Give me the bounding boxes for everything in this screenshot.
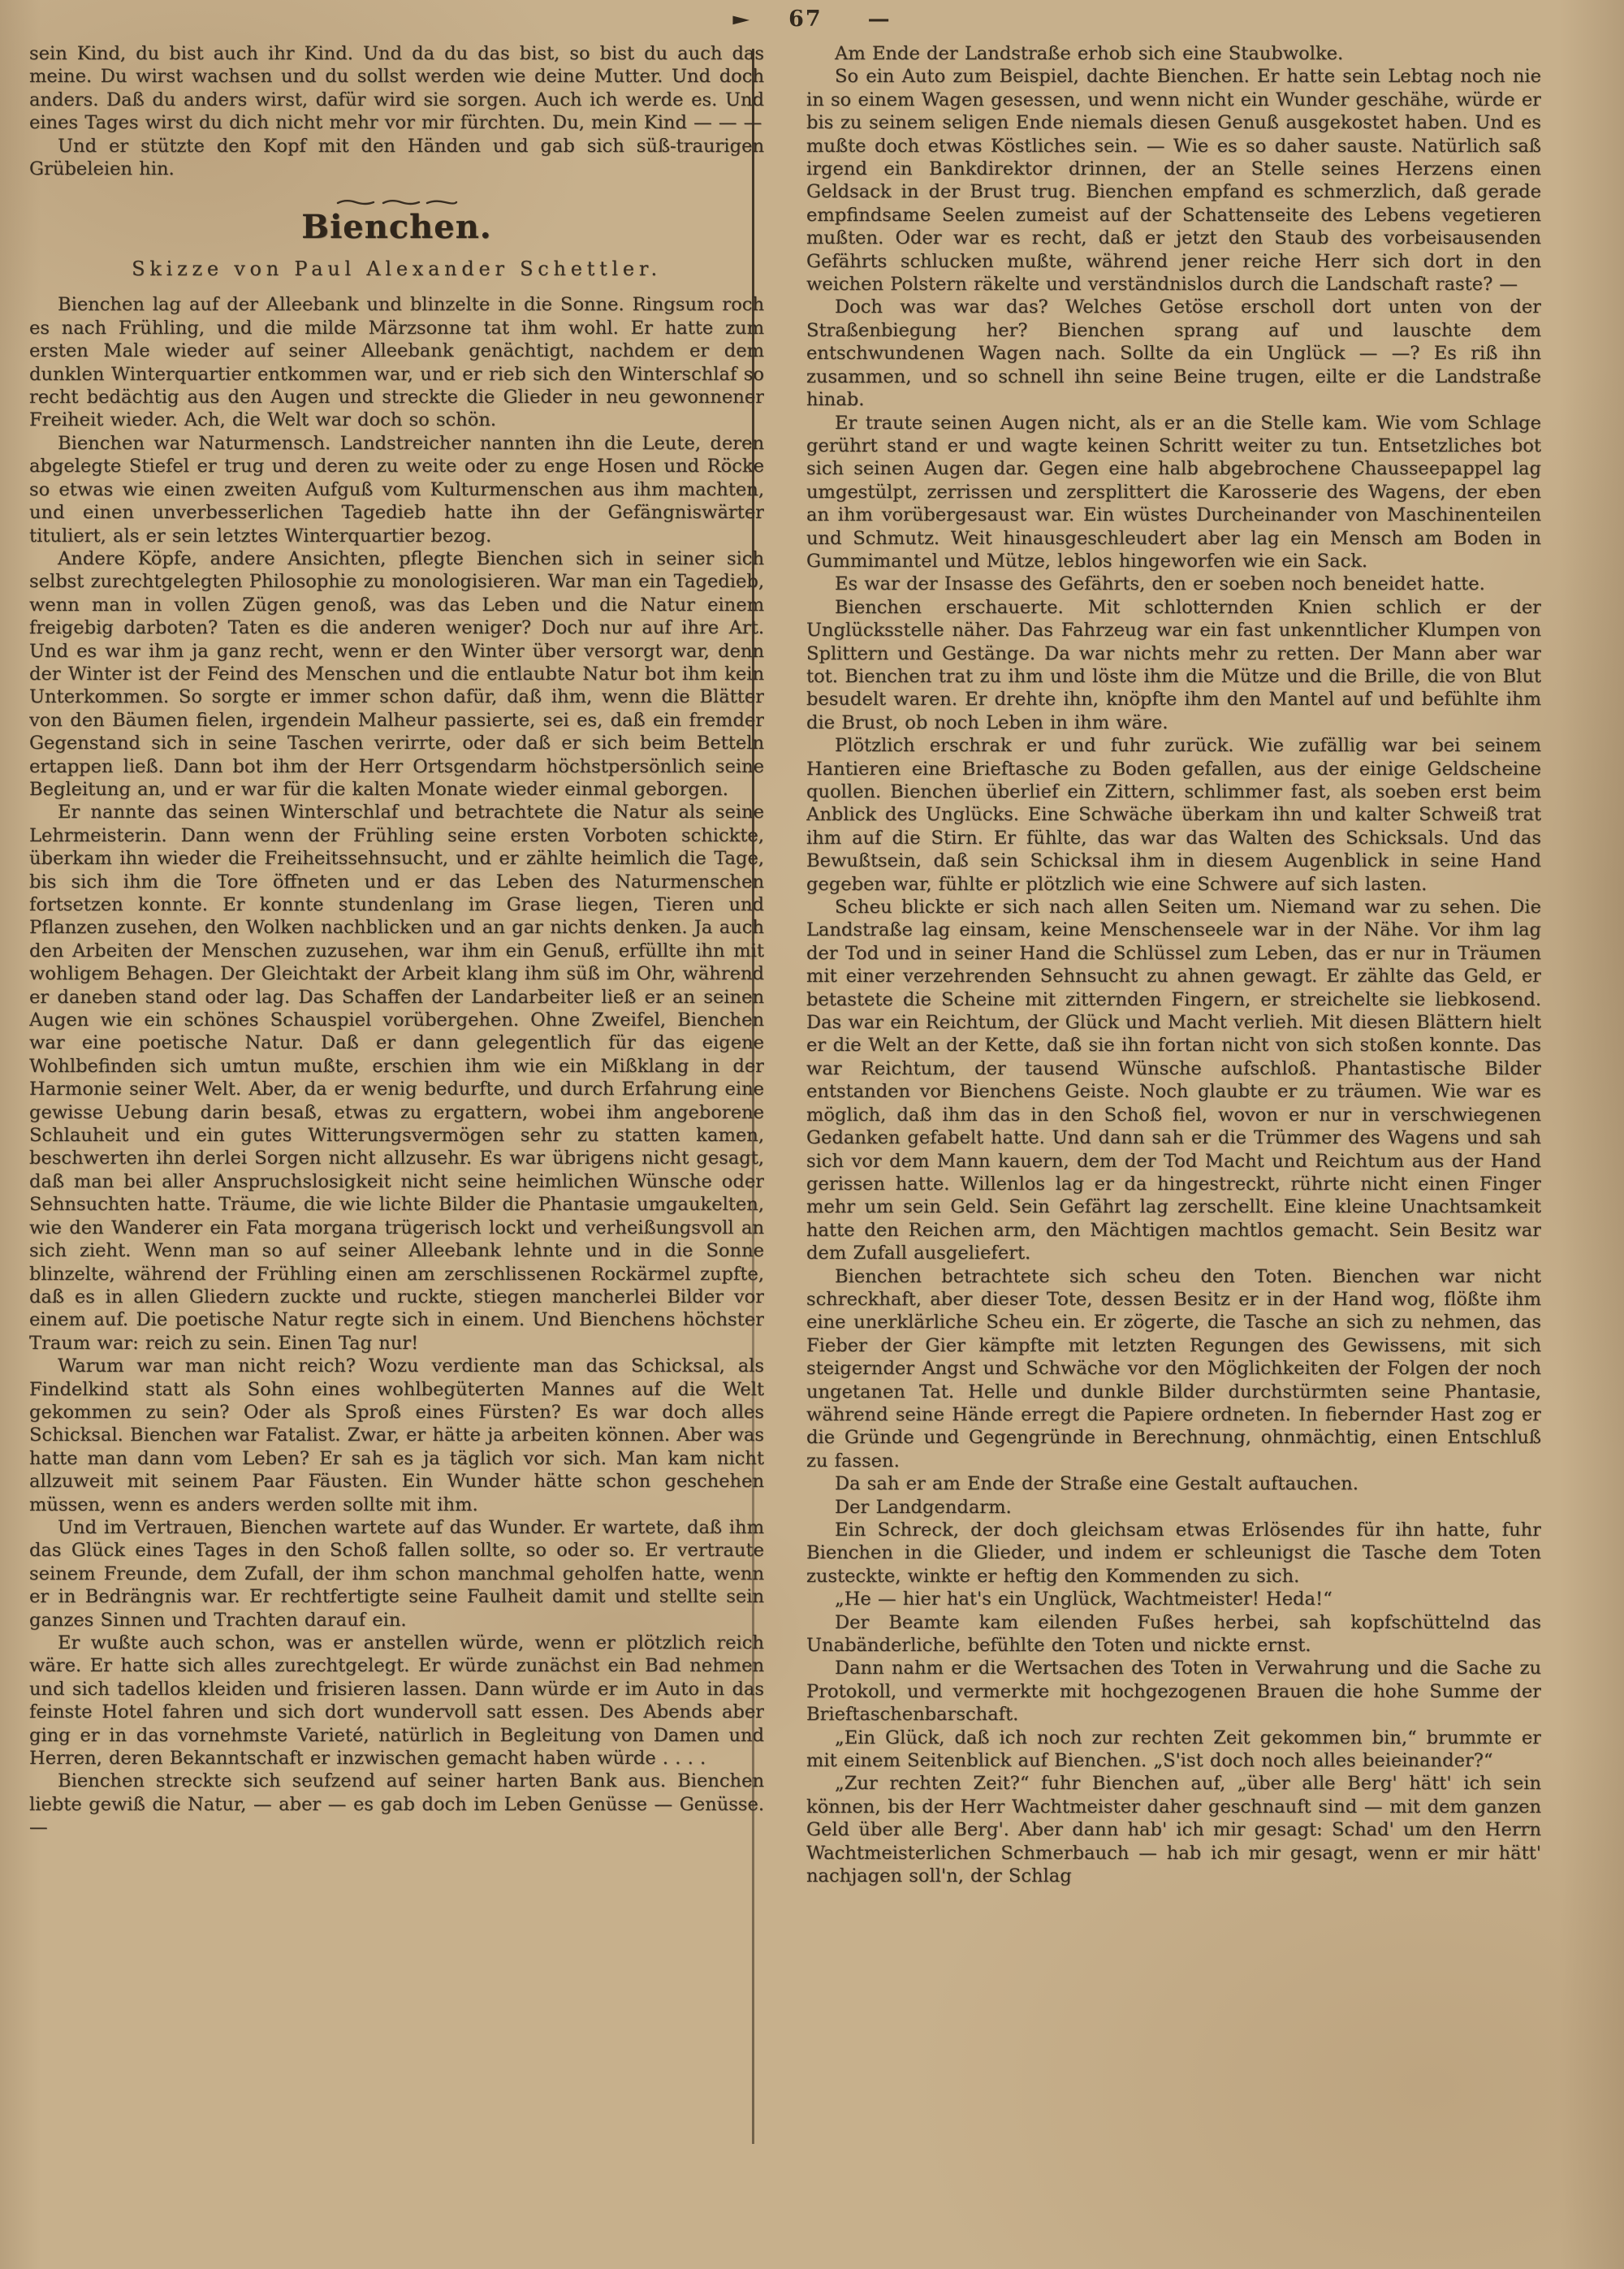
paragraph: sein Kind, du bist auch ihr Kind. Und da… (29, 42, 764, 135)
page-number: 67 (788, 6, 823, 32)
paragraph: Warum war man nicht reich? Wozu verdient… (29, 1355, 764, 1516)
paragraph: „Zur rechten Zeit?“ fuhr Bienchen auf, „… (806, 1772, 1541, 1887)
story-body-right: Am Ende der Landstraße erhob sich eine S… (806, 42, 1541, 1888)
scanned-book-page: ►67— sein Kind, du bist auch ihr Kind. U… (0, 0, 1624, 2269)
paragraph: Bienchen war Naturmensch. Landstreicher … (29, 432, 764, 547)
paragraph: „Ein Glück, daß ich noch zur rechten Zei… (806, 1727, 1541, 1773)
story-body-left: Bienchen lag auf der Alleebank und blinz… (29, 293, 764, 1839)
story-header: Bienchen. Skizze von Paul Alexander Sche… (29, 198, 764, 280)
right-column: Am Ende der Landstraße erhob sich eine S… (806, 42, 1541, 2237)
paragraph: Und im Vertrauen, Bienchen wartete auf d… (29, 1516, 764, 1632)
paragraph: Da sah er am Ende der Straße eine Gestal… (806, 1472, 1541, 1495)
paragraph: Er nannte das seinen Winterschlaf und be… (29, 801, 764, 1355)
paragraph: Der Landgendarm. (806, 1496, 1541, 1519)
continuation-text: sein Kind, du bist auch ihr Kind. Und da… (29, 42, 764, 180)
paragraph: Und er stützte den Kopf mit den Händen u… (29, 135, 764, 181)
paragraph: Er traute seinen Augen nicht, als er an … (806, 412, 1541, 573)
paragraph: Er wußte auch schon, was er anstellen wü… (29, 1632, 764, 1770)
paragraph: Doch was war das? Welches Getöse erschol… (806, 296, 1541, 411)
paragraph: Andere Köpfe, andere Ansichten, pflegte … (29, 547, 764, 801)
paragraph: Am Ende der Landstraße erhob sich eine S… (806, 42, 1541, 65)
paragraph: Bienchen streckte sich seufzend auf sein… (29, 1770, 764, 1839)
paragraph: So ein Auto zum Beispiel, dachte Bienche… (806, 65, 1541, 296)
paragraph: Es war der Insasse des Gefährts, den er … (806, 573, 1541, 595)
paragraph: Plötzlich erschrak er und fuhr zurück. W… (806, 734, 1541, 896)
paragraph: „He — hier hat's ein Unglück, Wachtmeist… (806, 1588, 1541, 1610)
page-header: ►67— (0, 6, 1624, 32)
header-ornament-icon: ► (732, 9, 751, 29)
paragraph: Bienchen betrachtete sich scheu den Tote… (806, 1265, 1541, 1473)
text-columns: sein Kind, du bist auch ihr Kind. Und da… (29, 42, 1540, 2237)
story-byline: Skizze von Paul Alexander Schettler. (29, 257, 764, 280)
paragraph: Dann nahm er die Wertsachen des Toten in… (806, 1657, 1541, 1726)
left-column: sein Kind, du bist auch ihr Kind. Und da… (29, 42, 764, 2237)
header-dash: — (868, 6, 892, 32)
paragraph: Ein Schreck, der doch gleichsam etwas Er… (806, 1519, 1541, 1588)
paragraph: Scheu blickte er sich nach allen Seiten … (806, 896, 1541, 1265)
story-title: Bienchen. (29, 208, 764, 246)
paragraph: Der Beamte kam eilenden Fußes herbei, sa… (806, 1611, 1541, 1657)
paragraph: Bienchen lag auf der Alleebank und blinz… (29, 293, 764, 431)
paragraph: Bienchen erschauerte. Mit schlotternden … (806, 596, 1541, 734)
section-divider-icon (336, 198, 458, 206)
